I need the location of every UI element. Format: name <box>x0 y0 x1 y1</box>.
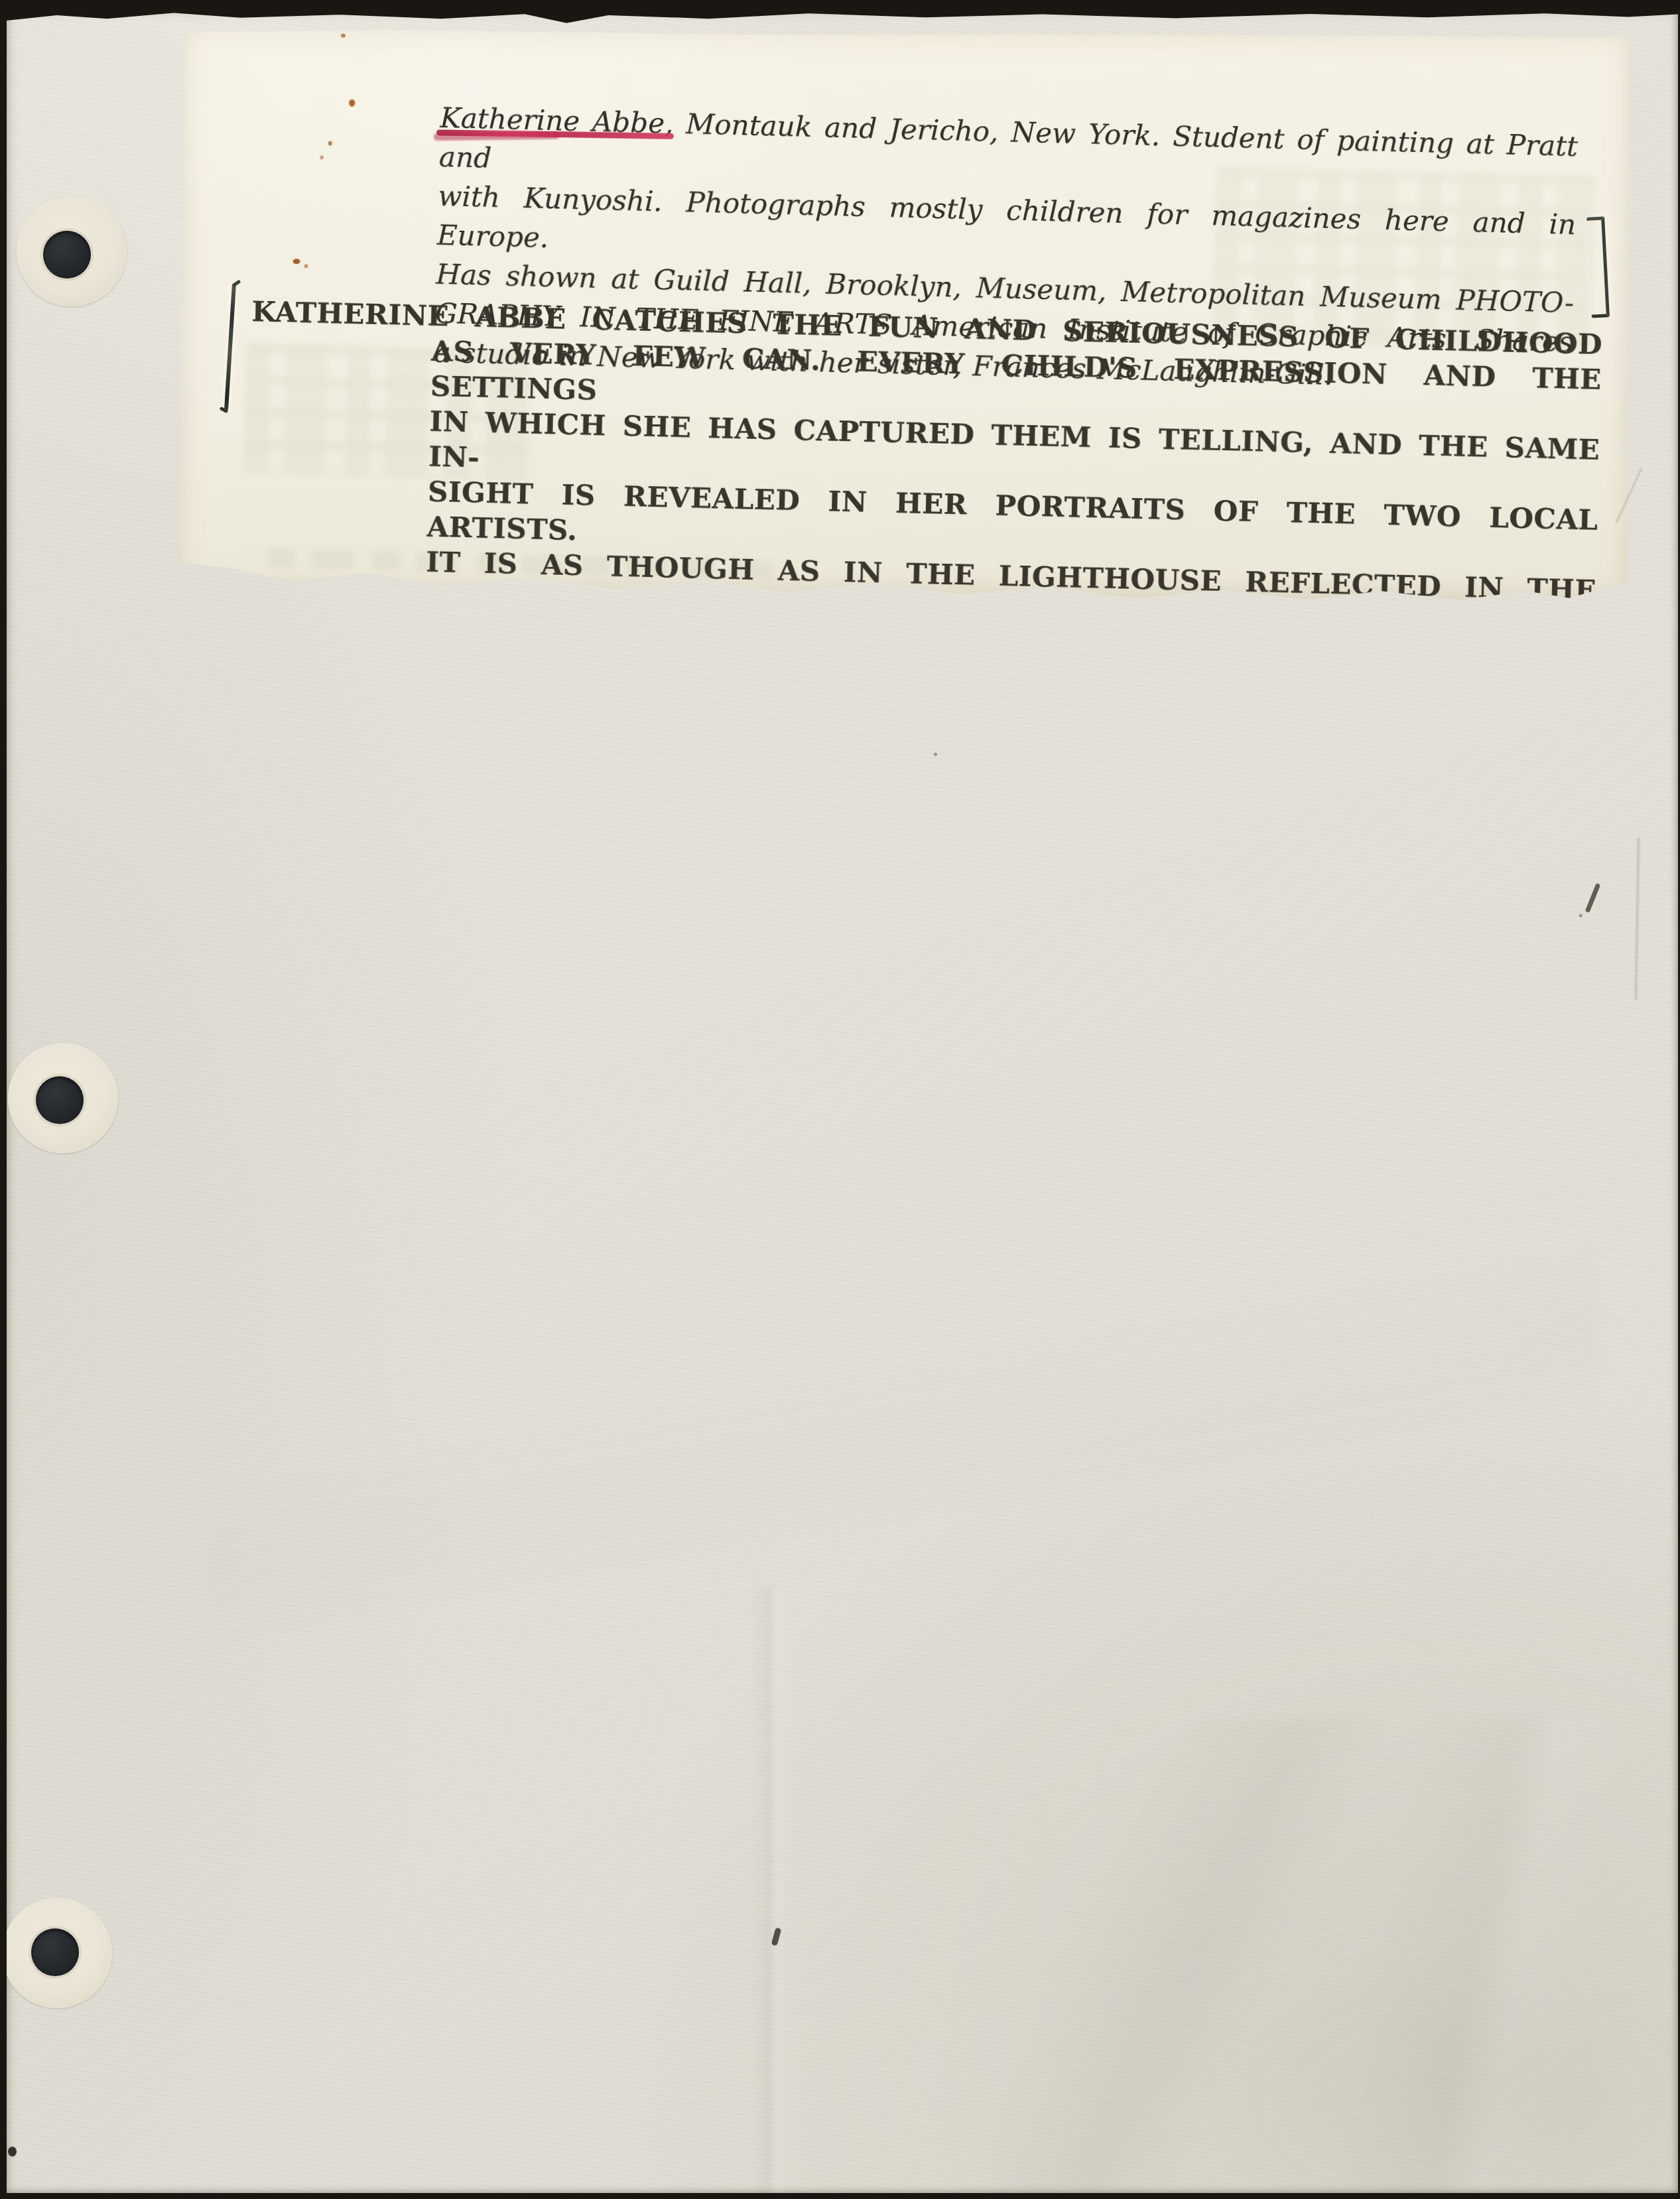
ink-speck-mark <box>934 753 937 756</box>
rust-spot <box>293 259 300 264</box>
pasted-press-clipping: Katherine Abbe, Montauk and Jericho, New… <box>178 27 1631 602</box>
rust-spot <box>349 99 355 107</box>
pen-slash-mark <box>1585 883 1601 912</box>
rust-spot <box>320 155 324 159</box>
headline-paragraph: KATHERINE ABBE CATCHES THE FUN AND SERIO… <box>423 298 1603 714</box>
punch-hole-middle <box>8 1043 118 1153</box>
rust-spot <box>341 34 346 38</box>
punch-hole-top <box>17 196 127 306</box>
red-underlined-phrase: Katherine Abbe <box>440 101 665 140</box>
paper-crease <box>749 1587 796 2193</box>
scrapbook-page: Katherine Abbe, Montauk and Jericho, New… <box>7 9 1678 2193</box>
punch-hole-middle-center <box>36 1076 84 1124</box>
headline-paragraph-line: JECT SEES. <box>423 649 1594 713</box>
paper-crease <box>1635 838 1640 1000</box>
paper-wrinkle <box>206 1136 1598 1733</box>
rust-spot <box>328 141 332 146</box>
punch-hole-bottom <box>2 1898 112 2008</box>
ink-dot-mark <box>8 2147 17 2157</box>
rust-spot <box>304 264 308 268</box>
punch-hole-bottom-center <box>31 1928 79 1976</box>
ink-comma-mark <box>771 1927 782 1946</box>
punch-hole-top-center <box>43 231 91 279</box>
paper-wrinkle <box>995 1720 1678 2193</box>
headline-paragraph-line: EYE, SHE SEES NOT JUST HER SUBJECT BUT A… <box>424 615 1595 678</box>
